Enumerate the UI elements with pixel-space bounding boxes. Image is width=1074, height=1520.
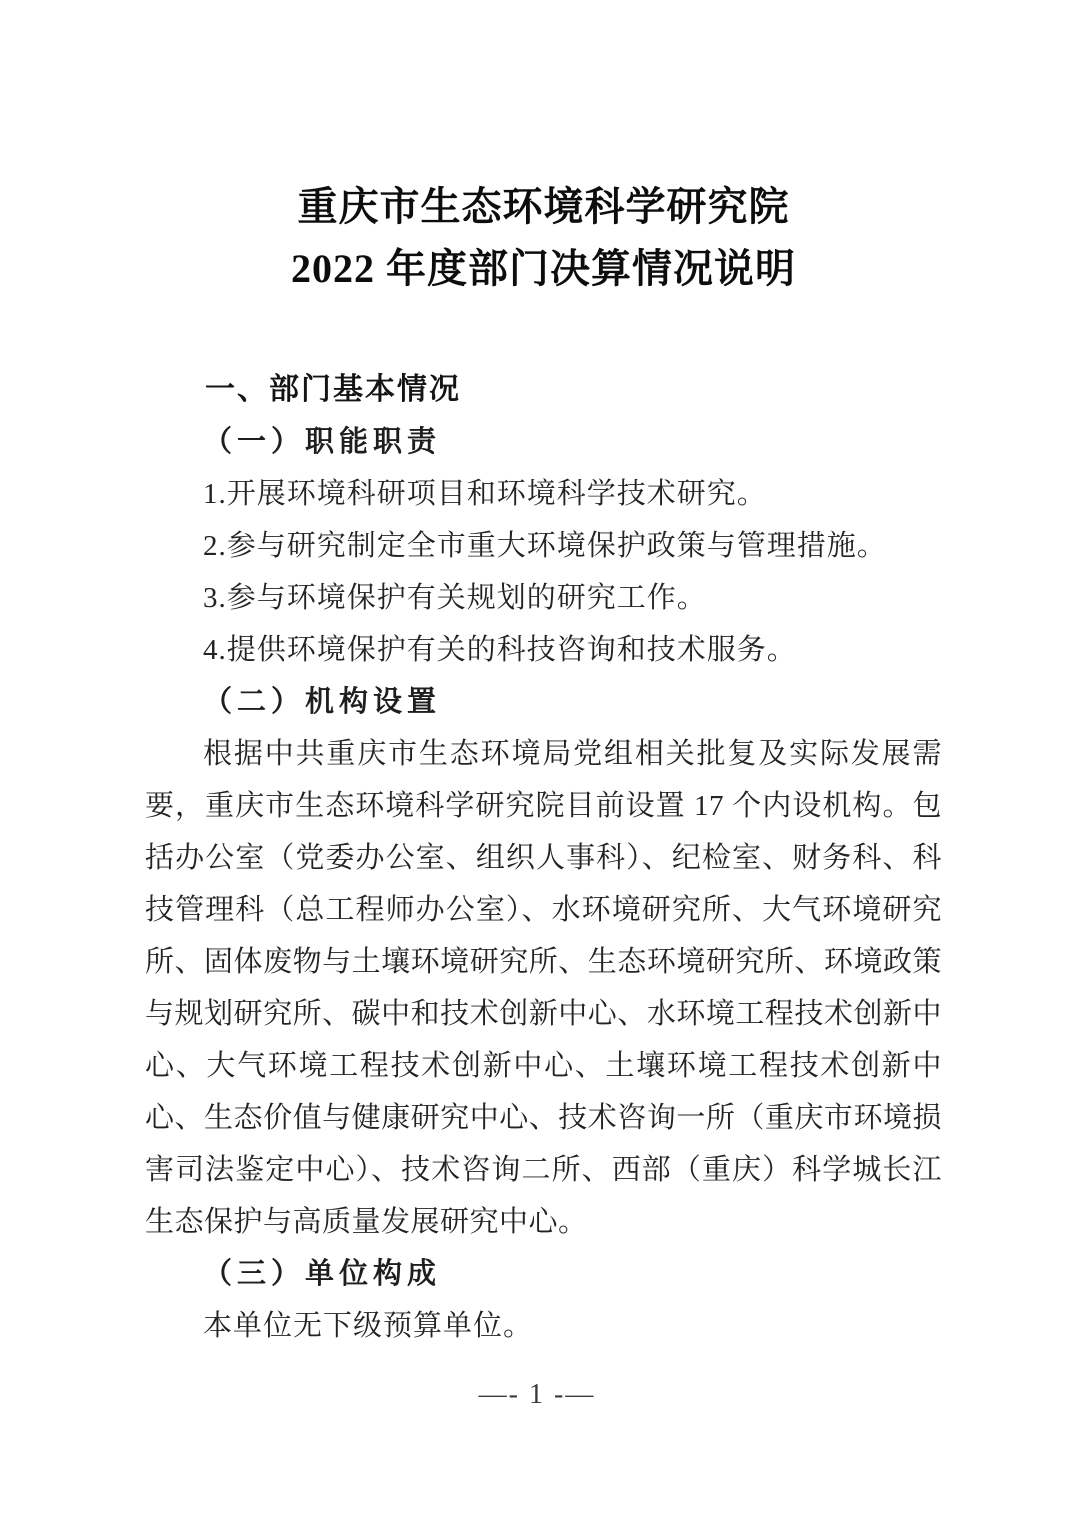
document-content: 重庆市生态环境科学研究院 2022 年度部门决算情况说明 一、部门基本情况 （一… bbox=[0, 0, 1074, 1352]
duty-item-3: 3.参与环境保护有关规划的研究工作。 bbox=[145, 572, 942, 624]
unit-composition-paragraph: 本单位无下级预算单位。 bbox=[145, 1300, 942, 1352]
duty-item-4: 4.提供环境保护有关的科技咨询和技术服务。 bbox=[145, 624, 942, 676]
document-title-line-2: 2022 年度部门决算情况说明 bbox=[145, 238, 942, 300]
duty-item-1: 1.开展环境科研项目和环境科学技术研究。 bbox=[145, 468, 942, 520]
page-number: —- 1 -— bbox=[0, 1378, 1074, 1412]
duty-item-2: 2.参与研究制定全市重大环境保护政策与管理措施。 bbox=[145, 520, 942, 572]
subsection-heading-duties: （一）职能职责 bbox=[145, 416, 942, 468]
subsection-heading-org-setup: （二）机构设置 bbox=[145, 676, 942, 728]
document-title-line-1: 重庆市生态环境科学研究院 bbox=[145, 176, 942, 238]
org-setup-paragraph: 根据中共重庆市生态环境局党组相关批复及实际发展需要，重庆市生态环境科学研究院目前… bbox=[145, 728, 942, 1248]
section-heading-basic-info: 一、部门基本情况 bbox=[145, 364, 942, 416]
document-page: 重庆市生态环境科学研究院 2022 年度部门决算情况说明 一、部门基本情况 （一… bbox=[0, 0, 1074, 1520]
document-title: 重庆市生态环境科学研究院 2022 年度部门决算情况说明 bbox=[145, 0, 942, 300]
subsection-heading-unit-composition: （三）单位构成 bbox=[145, 1248, 942, 1300]
